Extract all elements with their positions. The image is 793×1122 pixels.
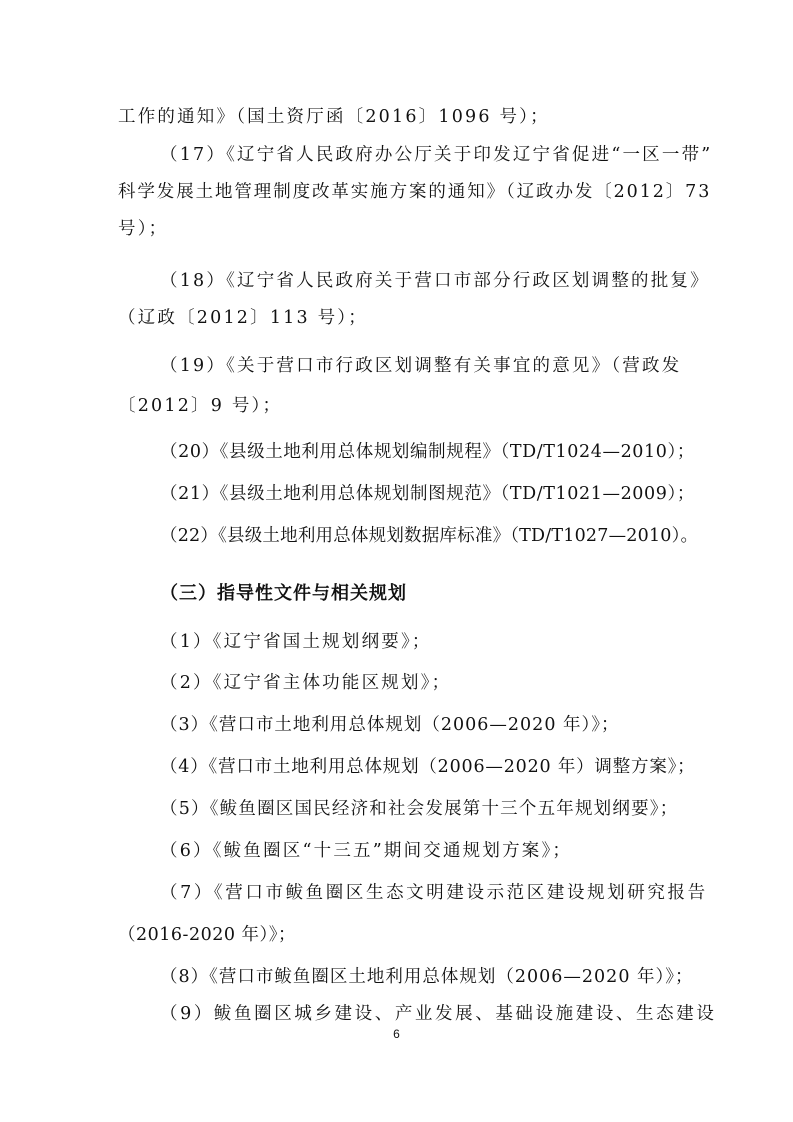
list-item: （2）《辽宁省主体功能区规划》； bbox=[160, 672, 678, 694]
text-line: （18）《辽宁省人民政府关于营口市部分行政区划调整的批复》 bbox=[160, 270, 678, 292]
text-line: （20）《县级土地利用总体规划编制规程》（TD/T1024—2010）； bbox=[160, 441, 678, 463]
list-item: （1）《辽宁省国土规划纲要》； bbox=[160, 631, 678, 653]
text-line: 号）； bbox=[118, 218, 678, 240]
text-line: （21）《县级土地利用总体规划制图规范》（TD/T1021—2009）； bbox=[160, 483, 678, 505]
document-page: 工作的通知》（国土资厅函〔2016〕1096 号）； （17）《辽宁省人民政府办… bbox=[0, 0, 793, 1122]
text-line: （22）《县级土地利用总体规划数据库标准》（TD/T1027—2010）。 bbox=[160, 525, 678, 547]
list-item: （2016-2020 年）》； bbox=[118, 924, 678, 946]
text-line: （19）《关于营口市行政区划调整有关事宜的意见》（营政发 bbox=[160, 355, 678, 377]
list-item: （7）《营口市鲅鱼圈区生态文明建设示范区建设规划研究报告 bbox=[160, 882, 678, 904]
list-item: （9）鲅鱼圈区城乡建设、产业发展、基础设施建设、生态建设 bbox=[160, 1003, 678, 1025]
text-line: （辽政〔2012〕113 号）； bbox=[118, 307, 678, 329]
list-item: （4）《营口市土地利用总体规划（2006—2020 年）调整方案》； bbox=[160, 756, 678, 778]
list-item: （3）《营口市土地利用总体规划（2006—2020 年）》； bbox=[160, 714, 678, 736]
list-item: （5）《鲅鱼圈区国民经济和社会发展第十三个五年规划纲要》； bbox=[160, 798, 678, 820]
list-item: （6）《鲅鱼圈区“十三五”期间交通规划方案》； bbox=[160, 840, 678, 862]
text-line: （17）《辽宁省人民政府办公厅关于印发辽宁省促进“一区一带” bbox=[160, 144, 678, 166]
list-item: （8）《营口市鲅鱼圈区土地利用总体规划（2006—2020 年）》； bbox=[160, 966, 678, 988]
page-number: 6 bbox=[0, 1027, 793, 1041]
text-line: 工作的通知》（国土资厅函〔2016〕1096 号）； bbox=[118, 106, 678, 128]
text-line: 〔2012〕9 号）； bbox=[118, 395, 678, 417]
text-line: 科学发展土地管理制度改革实施方案的通知》（辽政办发〔2012〕73 bbox=[118, 181, 678, 203]
section-heading: （三）指导性文件与相关规划 bbox=[160, 579, 407, 605]
